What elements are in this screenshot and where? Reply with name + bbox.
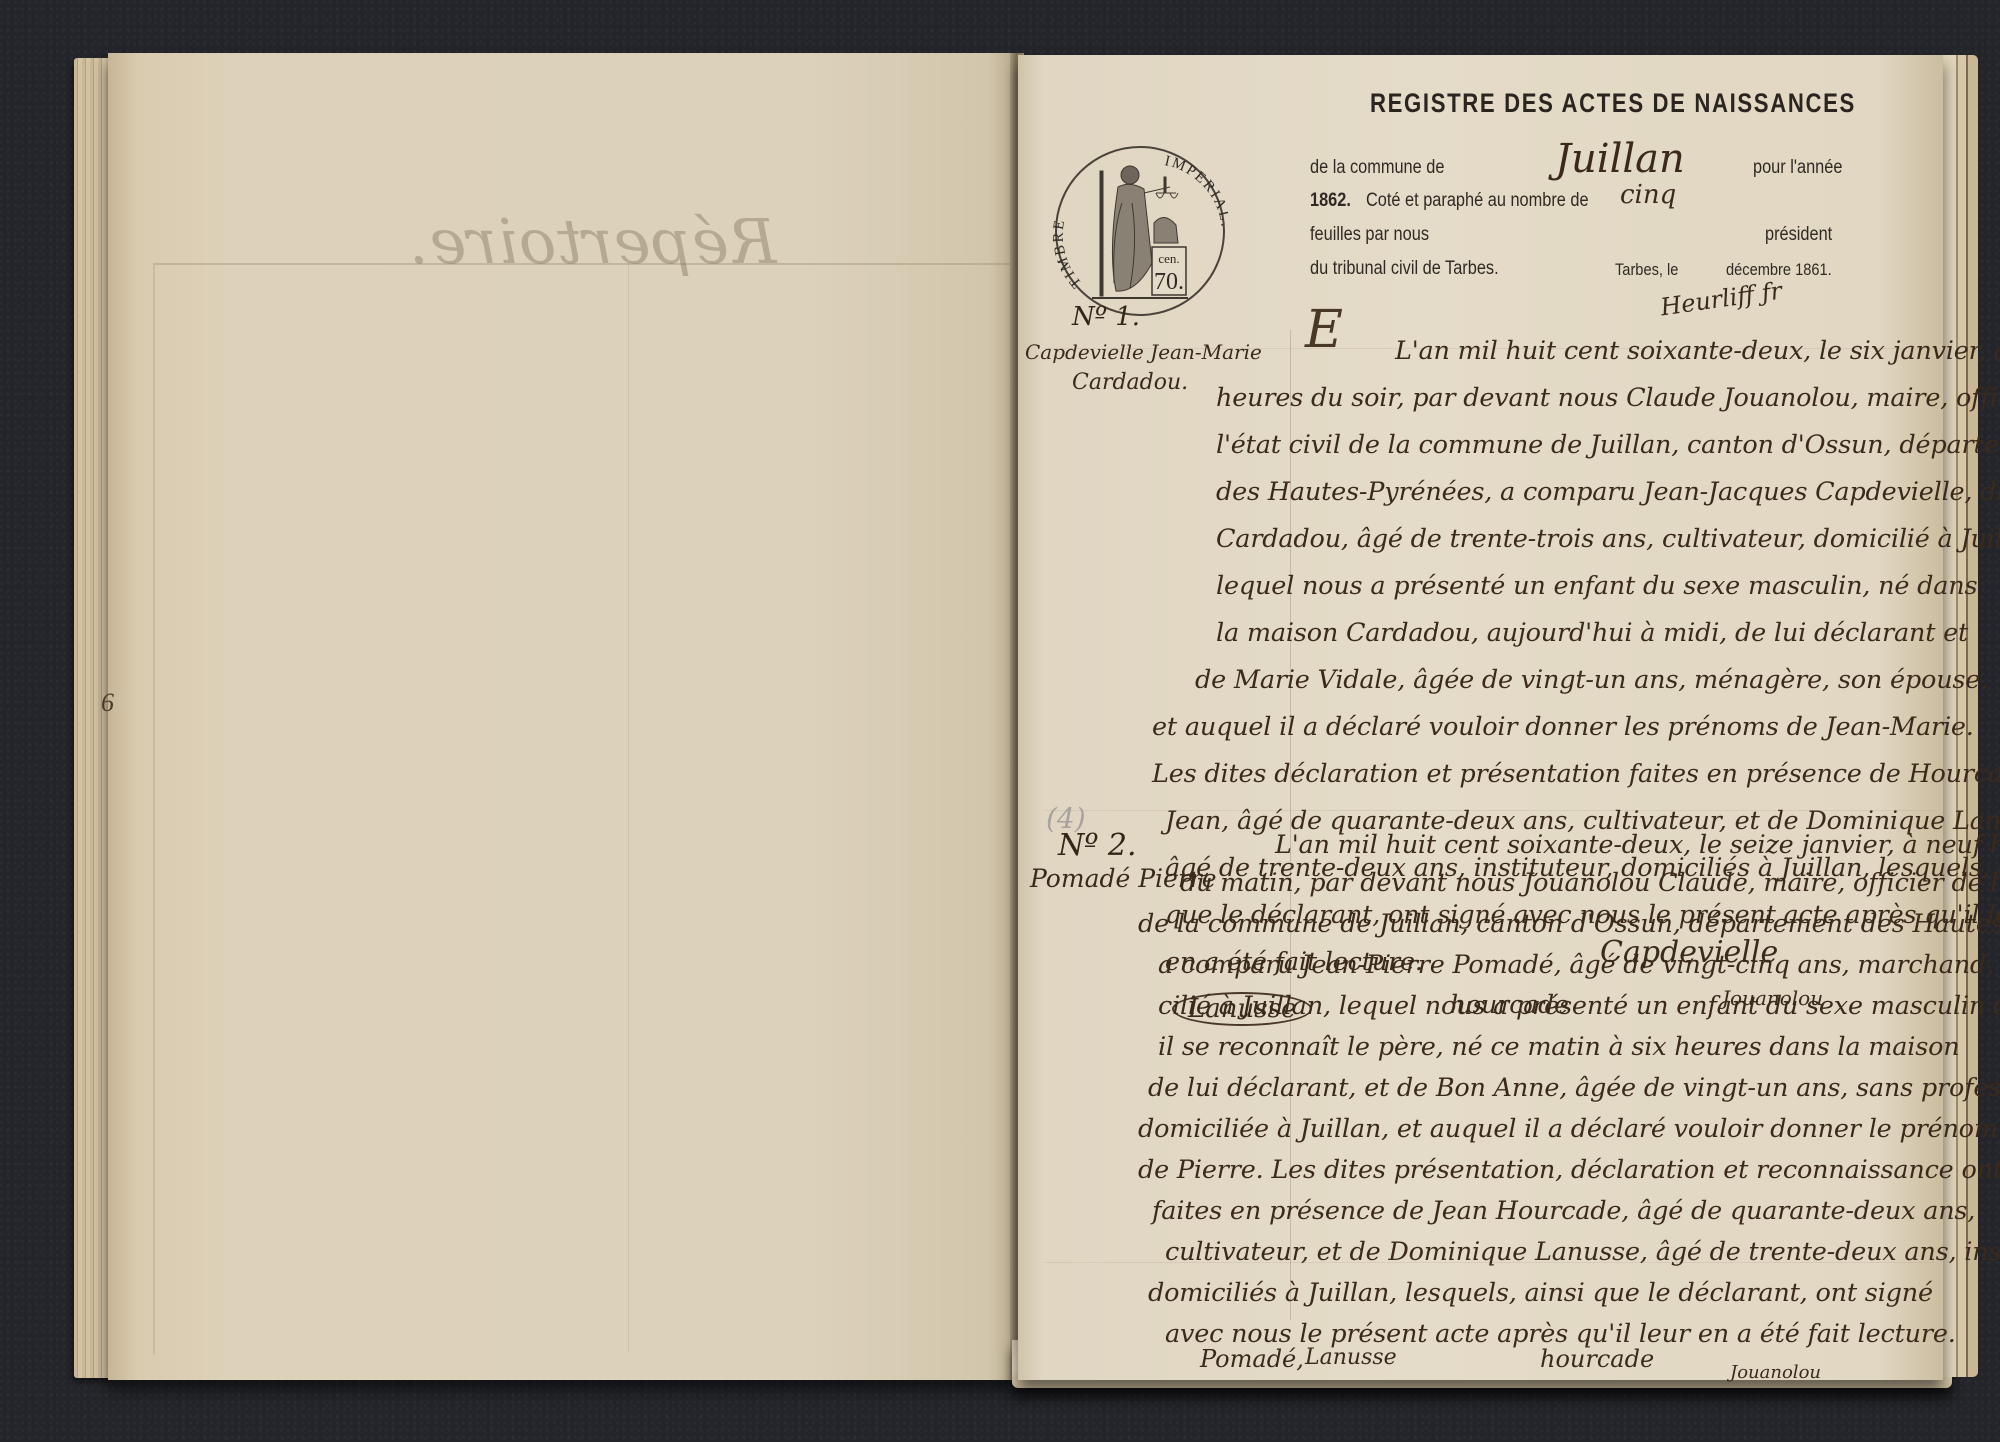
act-2-line: de la commune de Juillan, canton d'Ossun… [1138, 909, 2000, 939]
act-1-margin-name: Capdevielle Jean-Marie [1025, 340, 1262, 364]
header-feuilles-label: feuilles par nous [1310, 224, 1429, 246]
imperial-tax-stamp: cen. 70. TIMBRE IMPERIAL. [1052, 143, 1228, 319]
bleed-through-text: Répertoire. [408, 205, 777, 278]
act-1-line: lequel nous a présenté un enfant du sexe… [1216, 571, 1977, 601]
left-page: Répertoire. [108, 53, 1016, 1380]
act-2-line: de lui déclarant, et de Bon Anne, âgée d… [1148, 1073, 2000, 1103]
header-tribunal-label: du tribunal civil de Tarbes. [1310, 258, 1499, 280]
act-2-line: L'an mil huit cent soixante-deux, le sei… [1275, 830, 2000, 860]
header-president-label: président [1765, 224, 1832, 246]
register-title: REGISTRE DES ACTES DE NAISSANCES [1370, 88, 1856, 119]
act-2-line: du matin, par devant nous Jouanolou Clau… [1180, 868, 2000, 898]
open-register-book: Répertoire. 6 REGISTRE DES ACTES DE NAIS… [0, 0, 2000, 1442]
act-2-line: de Pierre. Les dites présentation, décla… [1138, 1155, 2000, 1185]
header-year: 1862. [1310, 190, 1351, 212]
act-1-line: heures du soir, par devant nous Claude J… [1216, 383, 2000, 413]
header-year-label: pour l'année [1753, 157, 1842, 179]
act-1-margin-alias: Cardadou. [1072, 370, 1188, 395]
act-2-signature-mayor: Jouanolou [1730, 1362, 1821, 1383]
act-2-line: il se reconnaît le père, né ce matin à s… [1158, 1032, 1960, 1062]
act-2-number: Nº 2. [1058, 828, 1137, 863]
stamp-denomination-label: cen. [1158, 251, 1179, 266]
header-place-label: Tarbes, le [1615, 260, 1678, 280]
stamp-denomination-value: 70. [1154, 269, 1184, 295]
act-2-line: cilié à Juillan, lequel nous a présenté … [1158, 991, 2000, 1021]
act-2-signature-witness-lanusse: Lanusse [1305, 1345, 1397, 1370]
act-2-signature-declarant: Pomadé, [1200, 1345, 1304, 1373]
act-1-line: des Hautes-Pyrénées, a comparu Jean-Jacq… [1216, 477, 2000, 507]
act-2-line: domiciliée à Juillan, et auquel il a déc… [1138, 1114, 1998, 1144]
act-1-line: L'an mil huit cent soixante-deux, le six… [1395, 336, 2000, 366]
svg-text:TIMBRE: TIMBRE [1052, 218, 1085, 291]
act-1-line: Cardadou, âgé de trente-trois ans, culti… [1216, 524, 2000, 554]
act-2-line: domiciliés à Juillan, lesquels, ainsi qu… [1148, 1278, 1933, 1308]
act-2-signature-witness-hourcade: hourcade [1540, 1345, 1654, 1373]
header-commune-value: Juillan [1555, 136, 1685, 182]
act-1-number: Nº 1. [1072, 302, 1140, 332]
header-sheet-count: cinq [1620, 180, 1676, 210]
header-commune-label: de la commune de [1310, 157, 1444, 179]
act-1-line: Les dites déclaration et présentation fa… [1152, 759, 2000, 789]
act-2-line: faites en présence de Jean Hourcade, âgé… [1152, 1196, 1975, 1226]
stamp-seal-icon: cen. 70. TIMBRE IMPERIAL. [1052, 143, 1228, 319]
act-1-line: l'état civil de la commune de Juillan, c… [1216, 430, 2000, 460]
fore-edge-mark: 6 [101, 688, 114, 718]
act-2-line: cultivateur, et de Dominique Lanusse, âg… [1165, 1237, 2000, 1267]
stamp-right-legend: IMPERIAL. [1163, 153, 1228, 229]
act-1-line: la maison Cardadou, aujourd'hui à midi, … [1216, 618, 1968, 648]
act-2-line: a comparu Jean-Pierre Pomadé, âgé de vin… [1158, 950, 2000, 980]
act-1-line: et auquel il a déclaré vouloir donner le… [1152, 712, 1974, 742]
left-page-ruled-frame [153, 263, 1015, 1355]
svg-text:IMPERIAL.: IMPERIAL. [1163, 153, 1228, 229]
act-1-line: de Marie Vidale, âgée de vingt-un ans, m… [1195, 665, 1988, 695]
header-sheets-label: Coté et paraphé au nombre de [1366, 190, 1589, 212]
stamp-left-legend: TIMBRE [1052, 218, 1085, 291]
left-page-column-rule [628, 263, 629, 1353]
act-1-initial-flourish: E [1305, 300, 1343, 360]
